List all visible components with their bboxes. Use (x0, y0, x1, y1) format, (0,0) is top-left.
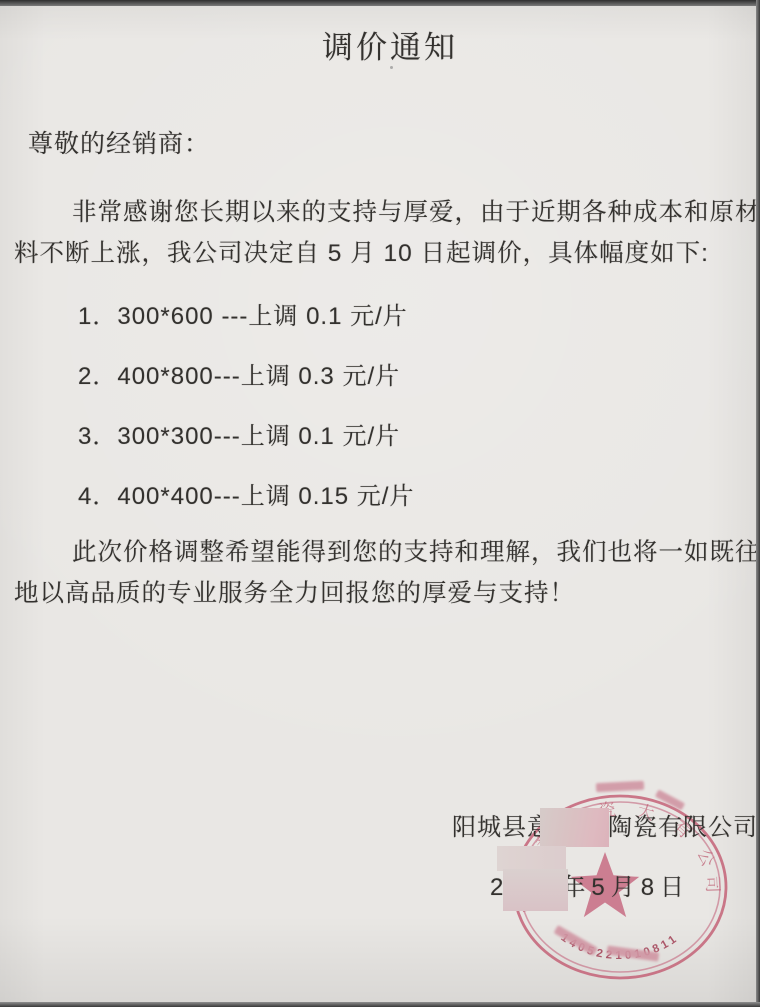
price-item-1: 1．300*600 ---上调 0.1 元/片 (78, 301, 408, 333)
seal-ring-char: 司 (703, 875, 723, 893)
price-item-2: 2．400*800---上调 0.3 元/片 (78, 361, 400, 393)
notice-title: 调价通知 (322, 22, 458, 67)
photo-edge-bottom (0, 1002, 760, 1007)
redaction-box-middle (497, 846, 566, 871)
company-name-suffix: 陶瓷有限公司 (608, 814, 758, 841)
body-line-2: 料不断上涨，我公司决定自 5 月 10 日起调价，具体幅度如下: (14, 237, 709, 270)
photo-edge-right (756, 0, 760, 1007)
body-line-1: 非常感谢您长期以来的支持与厚爱，由于近期各种成本和原材 (72, 196, 760, 229)
redaction-box-company (540, 808, 609, 847)
notice-photo: 调价通知 尊敬的经销商： 非常感谢您长期以来的支持与厚爱，由于近期各种成本和原材… (0, 0, 760, 1007)
photo-edge-top (0, 0, 760, 6)
paper-speck (390, 66, 393, 69)
price-item-4: 4．400*400---上调 0.15 元/片 (78, 481, 414, 513)
redaction-box-year (503, 869, 568, 911)
company-name-prefix: 阳城县意 (452, 814, 552, 841)
price-item-3: 3．300*300---上调 0.1 元/片 (78, 421, 400, 453)
seal-ring-char: 公 (694, 846, 718, 869)
closing-line-2: 地以高品质的专业服务全力回报您的厚爱与支持！ (14, 577, 575, 610)
closing-line-1: 此次价格调整希望能得到您的支持和理解，我们也将一如既往 (72, 536, 760, 569)
salutation: 尊敬的经销商： (28, 128, 210, 162)
date-suffix: 年5月8日 (561, 874, 690, 901)
